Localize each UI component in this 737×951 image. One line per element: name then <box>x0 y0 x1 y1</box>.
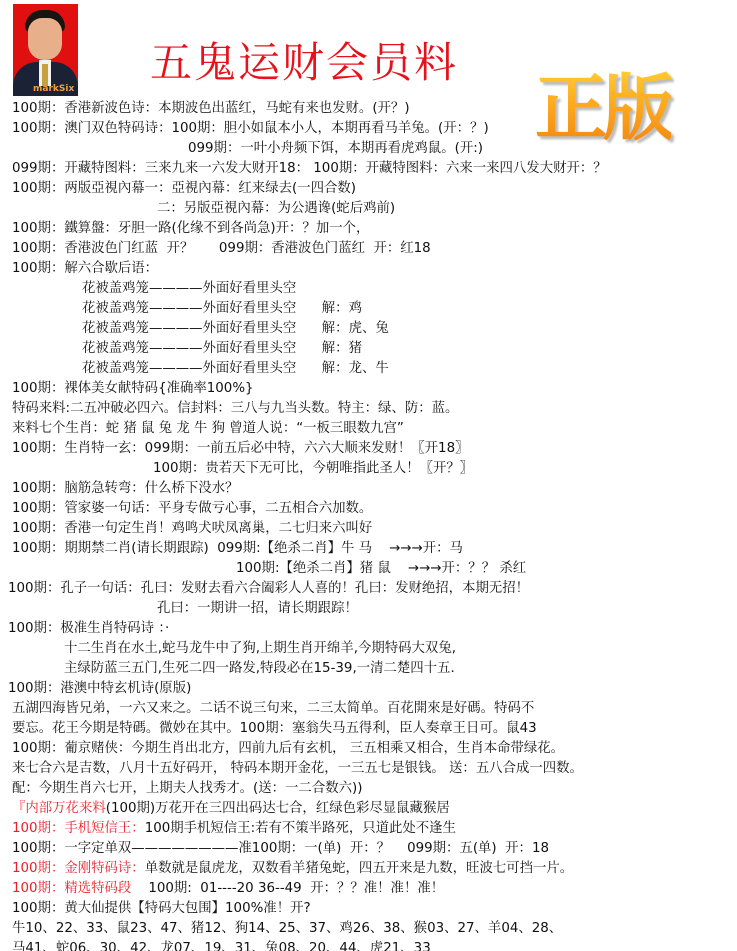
text-line: 100期：鐵算盤：牙胆一路(化缘不到各尚急)开：？加一个， <box>12 219 369 239</box>
text-line: 100期：香港一句定生肖！鸡鸣犬吠凤离巢，二七归来六叫好 <box>12 519 372 539</box>
text-line: 100期：脑筋急转弯：什么桥下没水？ <box>12 479 238 499</box>
avatar-watermark: markSix <box>33 84 74 94</box>
text-line: 100期：金刚特码诗：单数就是鼠虎龙，双数看羊猪兔蛇，四五开来是九数，旺波七可挡… <box>12 859 573 879</box>
text-line: 配：今期生肖六七开，上期夫人找秀才。(送：一二合数六)) <box>12 779 362 799</box>
text-line: 100期:【绝杀二肖】猪 鼠 →→→开：？？ 杀红 <box>236 559 526 579</box>
text-line: 099期：开藏特图料：三来九来一六发大财开18： 100期：开藏特图料：六来一来… <box>12 159 607 179</box>
page-header: markSix 五鬼运财会员料 正版 <box>0 0 737 100</box>
text-line: 『内部万花来料(100期)万花开在三四出码达七合，红绿色彩尽显鼠藏猴居 <box>12 799 450 819</box>
text-line: 二：另版亞視內幕：为公遇谗(蛇后鸡前) <box>157 199 395 219</box>
authentic-badge: 正版 <box>535 50 671 154</box>
line-text: 100期: 01----20 36--49 开：？？准！准！准！ <box>131 881 444 896</box>
text-line: 花被盖鸡笼————外面好看里头空 解：虎、兔 <box>82 319 389 339</box>
text-line: 100期：期期禁二肖(请长期跟踪) 099期:【绝杀二肖】牛 马 →→→开：马 <box>12 539 463 559</box>
text-line: 来七合六是吉数，八月十五好码开， 特码本期开金花，一三五七是银钱。 送：五八合成… <box>12 759 583 779</box>
line-text: 单数就是鼠虎龙，双数看羊猪兔蛇，四五开来是九数，旺波七可挡一片。 <box>145 861 574 876</box>
highlight-label: 100期：手机短信王： <box>12 821 145 836</box>
avatar-face <box>28 18 62 60</box>
line-text: 牛10、22、33、鼠23、47、猪12、狗14、25、37、鸡26、38、猴0… <box>12 921 562 936</box>
text-line: 马41、蛇06、30、42、龙07、19、31、兔08、20、44、虎21、33 <box>12 939 431 951</box>
text-line: 100期：香港新波色诗：本期波色出蓝红，马蛇有来也发财。(开？) <box>12 99 410 119</box>
text-line: 主绿防蓝三五门,生死二四一路发,特段必在15-39,一清二楚四十五. <box>64 659 455 679</box>
highlight-label: 『内部万花来料 <box>12 801 106 816</box>
text-line: 十二生肖在水土,蛇马龙牛中了狗,上期生肖开绵羊,今期特码大双兔, <box>64 639 456 659</box>
text-line: 100期：黄大仙提供【特码大包围】100%准！开? <box>12 899 311 919</box>
text-line: 100期：贵若天下无可比，今朝唯指此圣人！〖开？〗 <box>153 459 473 479</box>
text-line: 花被盖鸡笼————外面好看里头空 解：猪 <box>82 339 362 359</box>
text-line: 100期：香港波色门红蓝 开？ 099期：香港波色门蓝红 开：红18 <box>12 239 431 259</box>
text-line: 100期：裸体美女献特码{准确率100%} <box>12 379 254 399</box>
highlight-label: 100期：金刚特码诗： <box>12 861 145 876</box>
text-line: 100期：港澳中特玄机诗(原版) <box>8 679 191 699</box>
highlight-label: 100期：精选特码段 <box>12 881 131 896</box>
text-line: 特码来料:二五冲破必四六。信封料：三八与九当头数。特主：绿、防：蓝。 <box>12 399 458 419</box>
text-line: 100期：精选特码段 100期: 01----20 36--49 开：？？准！准… <box>12 879 444 899</box>
text-line: 100期：解六合歇后语： <box>12 259 158 279</box>
text-line: 100期：管家婆一句话：平身专做亏心事，二五相合六加数。 <box>12 499 372 519</box>
text-line: 花被盖鸡笼————外面好看里头空 <box>82 279 296 299</box>
text-line: 100期：澳门双色特码诗：100期：胆小如鼠本小人，本期再看马羊兔。(开：？) <box>12 119 489 139</box>
text-line: 099期：一叶小舟频下饵，本期再看虎鸡鼠。(开:) <box>188 139 483 159</box>
text-line: 100期：生肖特一玄：099期：一前五后必中特，六六大顺来发财！〖开18〗 <box>12 439 468 459</box>
text-line: 五湖四海皆兄弟，一六又来之。二话不说三句来，二三太简单。百花開來是好碼。特码不 <box>12 699 534 719</box>
text-line: 100期：葡京赌侠：今期生肖出北方，四前九后有玄机， 三五相乘又相合，生肖本命带… <box>12 739 564 759</box>
text-line: 100期：一字定单双————————准100期：一(单) 开：？ 099期：五(… <box>12 839 549 859</box>
line-text: 100期：一字定单双————————准100期：一(单) 开：？ 099期：五(… <box>12 841 549 856</box>
text-line: 花被盖鸡笼————外面好看里头空 解：龙、牛 <box>82 359 389 379</box>
text-line: 100期：极准生肖特码诗 ：· <box>8 619 169 639</box>
line-text: 100期：黄大仙提供【特码大包围】100%准！开? <box>12 901 311 916</box>
text-line: 100期：手机短信王：100期手机短信王:若有不策半路死，只道此处不逢生 <box>12 819 456 839</box>
text-line: 100期：孔子一句话：孔曰：发财去看六合阖彩人人喜的！孔曰：发财绝招，本期无招！ <box>8 579 529 599</box>
line-text: (100期)万花开在三四出码达七合，红绿色彩尽显鼠藏猴居 <box>106 801 450 816</box>
avatar-tie <box>42 64 48 86</box>
page-title: 五鬼运财会员料 <box>150 30 458 90</box>
text-line: 牛10、22、33、鼠23、47、猪12、狗14、25、37、鸡26、38、猴0… <box>12 919 562 939</box>
text-line: 100期：两版亞視內幕一：亞視內幕：红来绿去(一四合数) <box>12 179 356 199</box>
text-line: 来料七个生肖：蛇 猪 鼠 兔 龙 牛 狗 曾道人说：“一板三眼数九宫” <box>12 419 404 439</box>
text-line: 孔曰：一期讲一招，请长期跟踪！ <box>157 599 358 619</box>
line-text: 100期手机短信王:若有不策半路死，只道此处不逢生 <box>145 821 456 836</box>
text-line: 要忘。花王今期是特碼。微妙在其中。100期：塞翁失马五得利，臣人奏章王日可。鼠4… <box>12 719 537 739</box>
text-line: 花被盖鸡笼————外面好看里头空 解：鸡 <box>82 299 362 319</box>
line-text: 马41、蛇06、30、42、龙07、19、31、兔08、20、44、虎21、33 <box>12 941 431 951</box>
avatar-photo: markSix <box>13 4 78 96</box>
